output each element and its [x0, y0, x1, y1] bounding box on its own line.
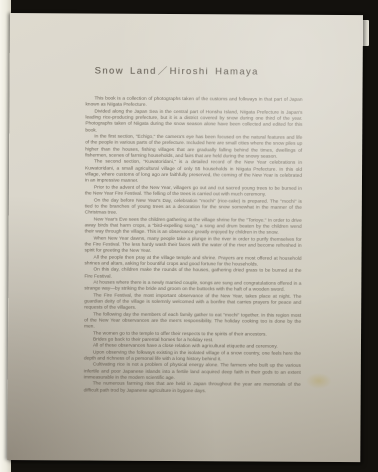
paragraph: The Fire Festival, the most important ob… [84, 293, 301, 313]
paper-stain [306, 373, 332, 389]
paragraph: When New Year dawns, many people take a … [85, 236, 302, 256]
title-slash: ／ [158, 63, 169, 77]
paragraph: Prior to the advent of the New Year, vil… [85, 185, 302, 199]
paragraph: The second section, "Kuwatoridani," is a… [85, 160, 302, 187]
title-text-right: Hiroshi Hamaya [170, 66, 259, 78]
paragraph: This book is a collection of photographs… [85, 96, 302, 110]
paragraph: The following day the members of each fa… [84, 312, 301, 332]
paragraph: In the first section, "Echigo," the came… [85, 135, 302, 162]
book-page: Snow Land／Hiroshi Hamaya This book is a … [7, 13, 363, 462]
title-text-left: Snow Land [95, 66, 157, 77]
paragraph: At houses where there is a newly married… [84, 280, 301, 294]
paragraph: On the day before New Year's Day, celebr… [85, 198, 302, 218]
photo-of-book-page: Snow Land／Hiroshi Hamaya This book is a … [0, 0, 378, 472]
paragraph: Cultivating rice is not a problem of phy… [84, 363, 301, 383]
paragraph: Divided along the Japan Sea in the centr… [85, 109, 302, 136]
page-title: Snow Land／Hiroshi Hamaya [95, 63, 259, 78]
introduction-text: This book is a collection of photographs… [84, 96, 303, 395]
paragraph: New Year's Eve sees the children gatheri… [85, 217, 302, 237]
paragraph: The numerous farming rites that are held… [84, 382, 301, 396]
